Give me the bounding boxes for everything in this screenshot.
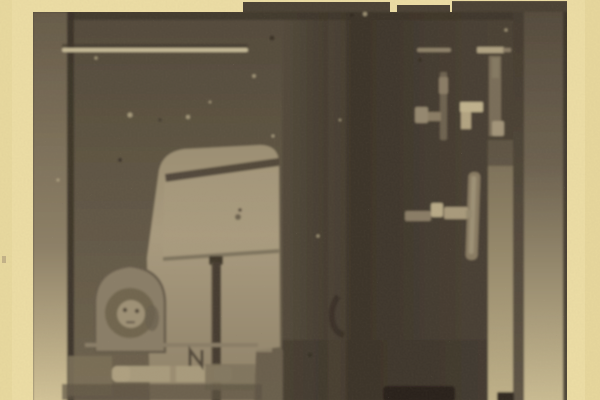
- paper-grain: [0, 0, 600, 400]
- scanned-page: Black-and-white halftone photograph prin…: [0, 0, 600, 400]
- halftone-photo: [0, 0, 600, 400]
